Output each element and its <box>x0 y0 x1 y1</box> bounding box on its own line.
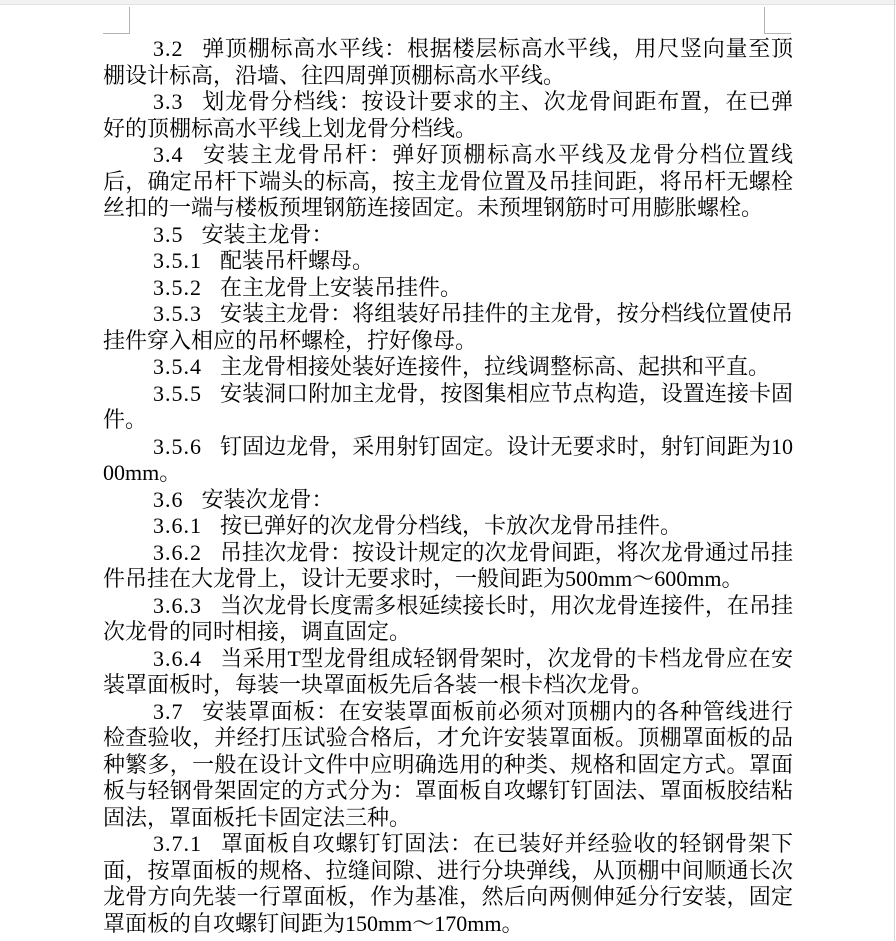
top-edge-strip <box>0 0 896 5</box>
page-edge-line <box>894 0 895 941</box>
clause-text: 吊挂次龙骨：按设计规定的次龙骨间距，将次龙骨通过吊挂件吊挂在大龙骨上，设计无要求… <box>103 540 793 592</box>
clause-text: 划龙骨分档线：按设计要求的主、次龙骨间距布置，在已弹好的顶棚标高水平线上划龙骨分… <box>103 89 793 141</box>
paragraph: 3.6.4当采用T型龙骨组成轻钢骨架时，次龙骨的卡档龙骨应在安装罩面板时，每装一… <box>103 646 793 699</box>
paragraph: 3.3划龙骨分档线：按设计要求的主、次龙骨间距布置，在已弹好的顶棚标高水平线上划… <box>103 89 793 142</box>
clause-number: 3.5.4 <box>153 354 202 379</box>
clause-text: 安装次龙骨： <box>202 487 334 512</box>
paragraph: 3.6.2吊挂次龙骨：按设计规定的次龙骨间距，将次龙骨通过吊挂件吊挂在大龙骨上，… <box>103 540 793 593</box>
paragraph: 3.7.1罩面板自攻螺钉钉固法：在已装好并经验收的轻钢骨架下面，按罩面板的规格、… <box>103 831 793 937</box>
document-page: { "window": { "background_color": "#ffff… <box>0 0 896 941</box>
paragraph: 3.5.4主龙骨相接处装好连接件，拉线调整标高、起拱和平直。 <box>103 354 793 381</box>
clause-number: 3.5 <box>153 222 184 247</box>
clause-text: 安装主龙骨： <box>202 222 334 247</box>
clause-text: 当采用T型龙骨组成轻钢骨架时，次龙骨的卡档龙骨应在安装罩面板时，每装一块罩面板先… <box>103 646 793 698</box>
clause-text: 钉固边龙骨，采用射钉固定。设计无要求时，射钉间距为1000mm。 <box>103 434 793 486</box>
clause-number: 3.7 <box>153 699 184 724</box>
clause-text: 按已弹好的次龙骨分档线，卡放次龙骨吊挂件。 <box>220 513 682 538</box>
clause-number: 3.5.5 <box>153 381 202 406</box>
clause-text: 配装吊杆螺母。 <box>220 248 374 273</box>
clause-number: 3.5.2 <box>153 275 202 300</box>
clause-number: 3.5.1 <box>153 248 202 273</box>
clause-number: 3.5.3 <box>153 301 202 326</box>
paragraph: 3.6.3当次龙骨长度需多根延续接长时，用次龙骨连接件，在吊挂次龙骨的同时相接，… <box>103 593 793 646</box>
paragraph: 3.6安装次龙骨： <box>103 487 793 514</box>
clause-text: 罩面板自攻螺钉钉固法：在已装好并经验收的轻钢骨架下面，按罩面板的规格、拉缝间隙、… <box>103 831 793 936</box>
clause-number: 3.5.6 <box>153 434 202 459</box>
clause-text: 安装洞口附加主龙骨，按图集相应节点构造，设置连接卡固件。 <box>103 381 793 433</box>
crop-mark-top-left-icon <box>103 7 130 34</box>
clause-text: 安装主龙骨：将组装好吊挂件的主龙骨，按分档线位置使吊挂件穿入相应的吊杯螺栓，拧好… <box>103 301 793 353</box>
clause-number: 3.6.2 <box>153 540 202 565</box>
paragraph: 3.5.6钉固边龙骨，采用射钉固定。设计无要求时，射钉间距为1000mm。 <box>103 434 793 487</box>
clause-number: 3.6.1 <box>153 513 202 538</box>
document-body: 3.2弹顶棚标高水平线：根据楼层标高水平线，用尺竖向量至顶棚设计标高，沿墙、往四… <box>103 36 793 937</box>
clause-text: 主龙骨相接处装好连接件，拉线调整标高、起拱和平直。 <box>220 354 770 379</box>
paragraph: 3.7安装罩面板：在安装罩面板前必须对顶棚内的各种管线进行检查验收，并经打压试验… <box>103 699 793 832</box>
clause-number: 3.6 <box>153 487 184 512</box>
clause-text: 安装罩面板：在安装罩面板前必须对顶棚内的各种管线进行检查验收，并经打压试验合格后… <box>103 699 793 830</box>
clause-number: 3.4 <box>153 142 184 167</box>
clause-text: 当次龙骨长度需多根延续接长时，用次龙骨连接件，在吊挂次龙骨的同时相接，调直固定。 <box>103 593 793 645</box>
crop-mark-top-right-icon <box>764 7 791 34</box>
clause-number: 3.7.1 <box>153 831 202 856</box>
clause-text: 弹顶棚标高水平线：根据楼层标高水平线，用尺竖向量至顶棚设计标高，沿墙、往四周弹顶… <box>103 36 793 88</box>
paragraph: 3.6.1按已弹好的次龙骨分档线，卡放次龙骨吊挂件。 <box>103 513 793 540</box>
clause-number: 3.6.3 <box>153 593 202 618</box>
paragraph: 3.5.5安装洞口附加主龙骨，按图集相应节点构造，设置连接卡固件。 <box>103 381 793 434</box>
clause-number: 3.2 <box>153 36 184 61</box>
clause-text: 安装主龙骨吊杆：弹好顶棚标高水平线及龙骨分档位置线后，确定吊杆下端头的标高，按主… <box>103 142 793 220</box>
paragraph: 3.5.3安装主龙骨：将组装好吊挂件的主龙骨，按分档线位置使吊挂件穿入相应的吊杯… <box>103 301 793 354</box>
paragraph: 3.5.2在主龙骨上安装吊挂件。 <box>103 275 793 302</box>
paragraph: 3.5安装主龙骨： <box>103 222 793 249</box>
clause-number: 3.6.4 <box>153 646 202 671</box>
paragraph: 3.4安装主龙骨吊杆：弹好顶棚标高水平线及龙骨分档位置线后，确定吊杆下端头的标高… <box>103 142 793 222</box>
clause-text: 在主龙骨上安装吊挂件。 <box>220 275 462 300</box>
paragraph: 3.5.1配装吊杆螺母。 <box>103 248 793 275</box>
clause-number: 3.3 <box>153 89 184 114</box>
paragraph: 3.2弹顶棚标高水平线：根据楼层标高水平线，用尺竖向量至顶棚设计标高，沿墙、往四… <box>103 36 793 89</box>
